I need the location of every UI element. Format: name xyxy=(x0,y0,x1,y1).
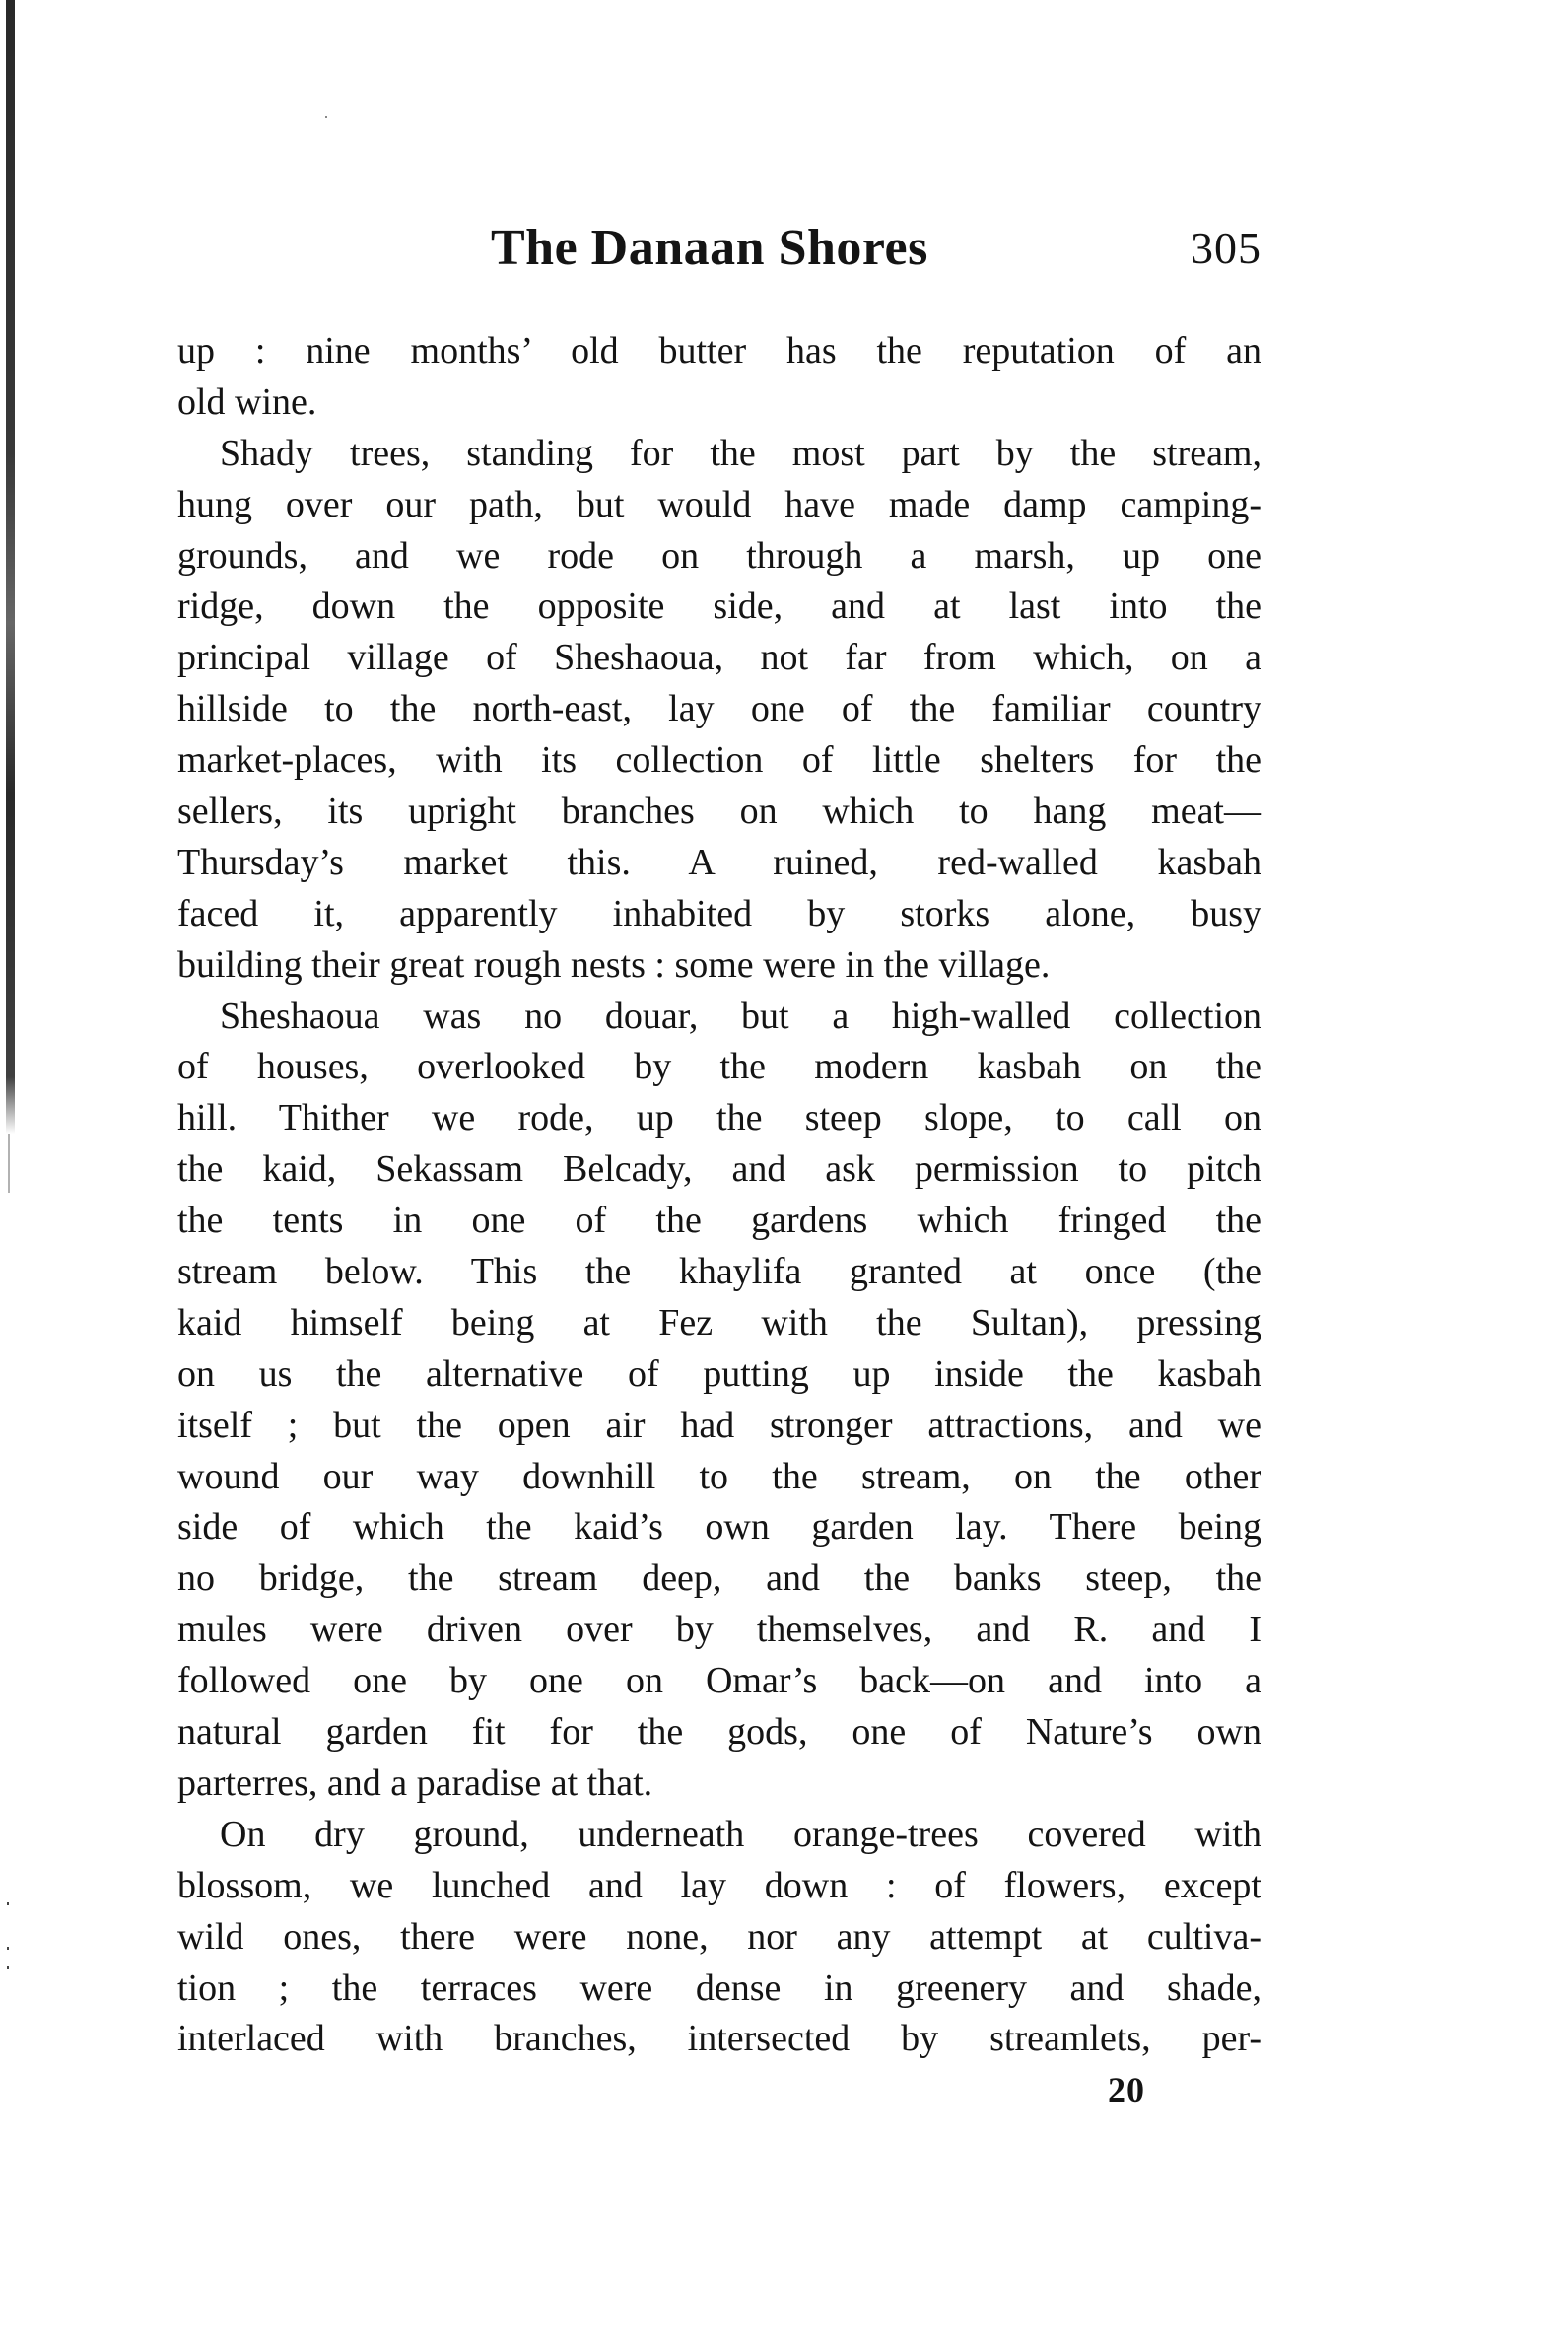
page-number: 305 xyxy=(1191,219,1261,278)
text-line: Shady trees, standing for the most part … xyxy=(177,429,1261,480)
text-line: on us the alternative of putting up insi… xyxy=(177,1349,1261,1401)
text-line: hill. Thither we rode, up the steep slop… xyxy=(177,1093,1261,1144)
text-line: sellers, its upright branches on which t… xyxy=(177,787,1261,838)
text-line: ridge, down the opposite side, and at la… xyxy=(177,582,1261,633)
scan-binding-shadow xyxy=(6,0,15,1134)
scan-speck xyxy=(7,1902,9,1905)
text-line: hung over our path, but would have made … xyxy=(177,480,1261,531)
text-line: no bridge, the stream deep, and the bank… xyxy=(177,1553,1261,1605)
text-line: up : nine months’ old butter has the rep… xyxy=(177,326,1261,378)
text-line: grounds, and we rode on through a marsh,… xyxy=(177,531,1261,583)
text-line: interlaced with branches, intersected by… xyxy=(177,2014,1261,2065)
text-line: On dry ground, underneath orange-trees c… xyxy=(177,1810,1261,1861)
text-line: blossom, we lunched and lay down : of fl… xyxy=(177,1861,1261,1912)
text-line: wild ones, there were none, nor any atte… xyxy=(177,1912,1261,1964)
text-line: kaid himself being at Fez with the Sulta… xyxy=(177,1298,1261,1349)
running-title: The Danaan Shores xyxy=(491,219,928,278)
text-line: of houses, overlooked by the modern kasb… xyxy=(177,1042,1261,1093)
text-line: mules were driven over by themselves, an… xyxy=(177,1605,1261,1656)
text-line: principal village of Sheshaoua, not far … xyxy=(177,633,1261,684)
text-line: faced it, apparently inhabited by storks… xyxy=(177,889,1261,940)
text-line: natural garden fit for the gods, one of … xyxy=(177,1707,1261,1758)
scan-speck xyxy=(7,1966,9,1969)
text-line: parterres, and a paradise at that. xyxy=(177,1758,1261,1810)
text-line: followed one by one on Omar’s back—on an… xyxy=(177,1656,1261,1707)
text-line: hillside to the north-east, lay one of t… xyxy=(177,684,1261,735)
text-line: building their great rough nests : some … xyxy=(177,940,1261,992)
text-line: side of which the kaid’s own garden lay.… xyxy=(177,1502,1261,1553)
running-head: The Danaan Shores 305 xyxy=(177,219,1261,278)
text-line: stream below. This the khaylifa granted … xyxy=(177,1247,1261,1298)
text-line: the tents in one of the gardens which fr… xyxy=(177,1196,1261,1247)
body-text: up : nine months’ old butter has the rep… xyxy=(177,326,1261,2065)
signature-mark: 20 xyxy=(1108,2068,1145,2111)
scan-speck xyxy=(325,116,327,118)
text-line: market-places, with its collection of li… xyxy=(177,735,1261,787)
text-line: Sheshaoua was no douar, but a high-walle… xyxy=(177,992,1261,1043)
text-line: old wine. xyxy=(177,378,1261,429)
text-line: itself ; but the open air had stronger a… xyxy=(177,1401,1261,1452)
text-line: the kaid, Sekassam Belcady, and ask perm… xyxy=(177,1144,1261,1196)
scan-speck xyxy=(7,1947,9,1950)
text-line: Thursday’s market this. A ruined, red-wa… xyxy=(177,838,1261,889)
text-line: tion ; the terraces were dense in greene… xyxy=(177,1964,1261,2015)
text-line: wound our way downhill to the stream, on… xyxy=(177,1452,1261,1503)
scan-binding-shadow-tail xyxy=(8,1134,10,1193)
